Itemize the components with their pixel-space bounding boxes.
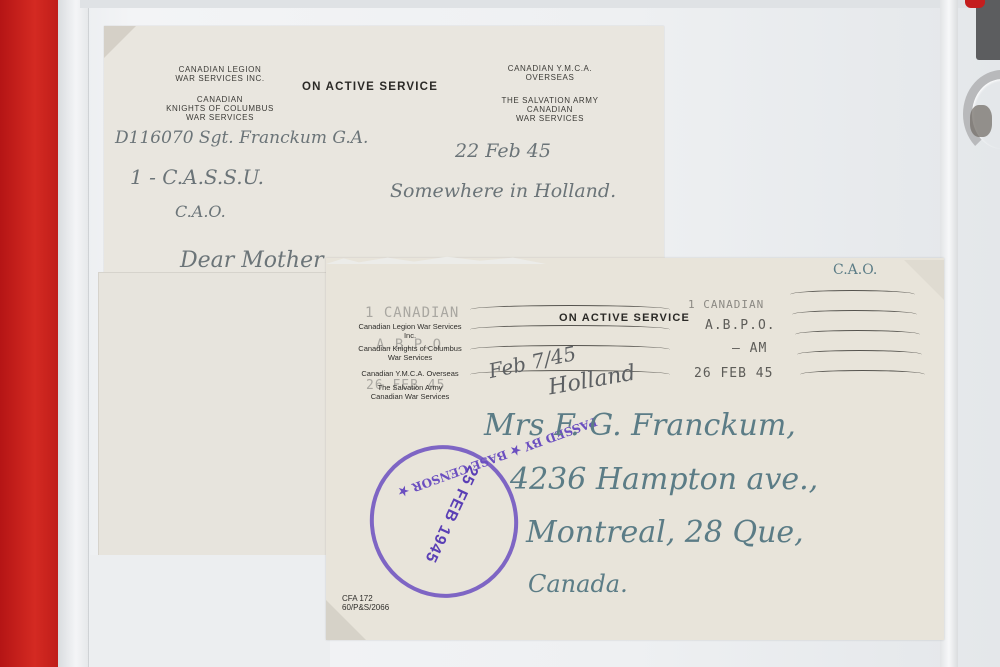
letterhead-line: Canadian War Services — [340, 392, 480, 401]
cancel-line — [795, 330, 920, 339]
cancel-line — [800, 370, 925, 379]
postmark-date: 26 FEB 45 — [694, 366, 773, 381]
sleeve-top — [80, 0, 1000, 8]
address-line-4: Canada. — [528, 570, 628, 598]
letterhead-line: The Salvation Army — [340, 383, 480, 392]
letterhead-line: War Services — [340, 353, 480, 362]
letterhead-line: Canadian Legion War Services — [340, 322, 480, 331]
letter-second-page — [98, 272, 340, 556]
binder-clip — [965, 0, 985, 8]
address-line-1: Mrs F. G. Franckum, — [484, 408, 796, 443]
faded-postmark-line: 1 CANADIAN — [365, 305, 459, 321]
letterhead-line: CANADIAN LEGION — [160, 65, 280, 74]
address-line-3: Montreal, 28 Que, — [526, 515, 804, 550]
postmark-line-3: — AM — [732, 341, 767, 356]
cancel-line — [797, 350, 922, 359]
letterhead-line: Inc. — [340, 331, 480, 340]
letterhead-salvation-army: THE SALVATION ARMY CANADIAN WAR SERVICES — [490, 96, 610, 123]
ring-hole — [970, 105, 992, 137]
unit-line: 1 - C.A.S.S.U. — [130, 165, 264, 189]
address-line-2: 4236 Hampton ave., — [510, 462, 818, 497]
letterhead-line: WAR SERVICES Inc. — [160, 74, 280, 83]
letter-date: 22 Feb 45 — [455, 140, 551, 162]
letterhead-line: WAR SERVICES — [490, 114, 610, 123]
salutation: Dear Mother — [180, 248, 324, 273]
letterhead-line: CANADIAN — [490, 105, 610, 114]
letter-location: Somewhere in Holland. — [390, 180, 616, 202]
form-code-line: CFA 172 — [342, 594, 389, 603]
cao-line: C.A.O. — [175, 202, 226, 221]
envelope-corner-note: C.A.O. — [833, 262, 877, 278]
sleeve-edge — [58, 0, 89, 667]
letterhead-ymca: CANADIAN Y.M.C.A. OVERSEAS — [490, 64, 610, 82]
letterhead-kofc: CANADIAN KNIGHTS OF COLUMBUS WAR SERVICE… — [150, 95, 290, 122]
letterhead-line: CANADIAN Y.M.C.A. — [490, 64, 610, 73]
letterhead-line: KNIGHTS OF COLUMBUS — [150, 104, 290, 113]
postmark-line-1: 1 CANADIAN — [688, 298, 764, 311]
photo-corner — [104, 26, 136, 58]
ring-mechanism — [976, 0, 1000, 60]
album-page-bottom — [90, 555, 330, 667]
letter-title: ON ACTIVE SERVICE — [302, 81, 438, 93]
cancel-line — [470, 305, 670, 314]
letterhead-line: THE SALVATION ARMY — [490, 96, 610, 105]
envelope-letterhead: Canadian Legion War Services Inc. Canadi… — [340, 322, 480, 401]
cancel-line — [790, 290, 915, 299]
sender-line: D116070 Sgt. Franckum G.A. — [115, 128, 368, 148]
form-code: CFA 172 60/P&S/2066 — [342, 594, 389, 612]
cancel-line — [470, 325, 670, 334]
letterhead-line: CANADIAN — [150, 95, 290, 104]
binder-cover — [0, 0, 58, 667]
postmark-line-2: A.B.P.O. — [705, 318, 776, 333]
letterhead-legion: CANADIAN LEGION WAR SERVICES Inc. — [160, 65, 280, 83]
letterhead-line: Canadian Y.M.C.A. Overseas — [340, 369, 480, 378]
letterhead-line: OVERSEAS — [490, 73, 610, 82]
cancel-line — [792, 310, 917, 319]
form-code-line: 60/P&S/2066 — [342, 603, 389, 612]
letterhead-line: WAR SERVICES — [150, 113, 290, 122]
letterhead-line: Canadian Knights of Columbus — [340, 344, 480, 353]
